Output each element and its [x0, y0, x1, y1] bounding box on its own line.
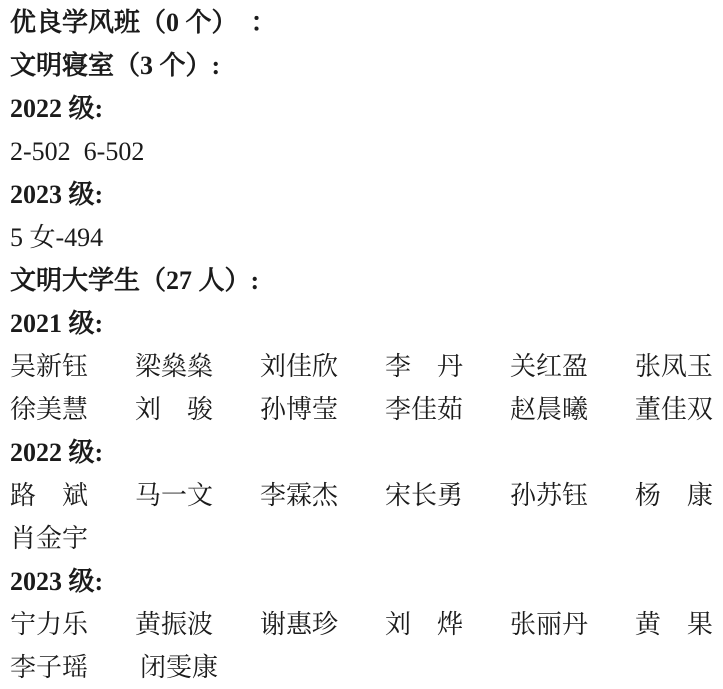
student-name: 徐美慧 — [10, 388, 88, 431]
heading-civilized-students: 文明大学生（27 人）: — [10, 259, 713, 302]
student-name: 李佳茹 — [385, 388, 463, 431]
name-row: 宁力乐 黄振波 谢惠珍 刘 烨 张丽丹 黄 果 — [10, 603, 713, 646]
name-row: 吴新钰 梁燊燊 刘佳欣 李 丹 关红盈 张凤玉 — [10, 345, 713, 388]
name-row: 徐美慧 刘 骏 孙博莹 李佳茹 赵晨曦 董佳双 — [10, 388, 713, 431]
heading-grade-2022-dorms: 2022 级: — [10, 87, 713, 130]
student-name: 宁力乐 — [10, 603, 88, 646]
name-row-continuation: 肖金宇 — [10, 517, 713, 560]
student-name: 梁燊燊 — [135, 345, 213, 388]
student-name: 吴新钰 — [10, 345, 88, 388]
student-name: 刘佳欣 — [260, 345, 338, 388]
heading-civilized-dorms: 文明寝室（3 个）: — [10, 44, 713, 87]
student-name: 黄 果 — [635, 603, 713, 646]
student-name: 马一文 — [135, 474, 213, 517]
student-name: 董佳双 — [635, 388, 713, 431]
heading-grade-2023-students: 2023 级: — [10, 560, 713, 603]
dorm-numbers-2023: 5 女-494 — [10, 216, 713, 259]
student-name: 孙博莹 — [260, 388, 338, 431]
dorm-numbers-2022: 2-502 6-502 — [10, 130, 713, 173]
name-row: 路 斌 马一文 李霖杰 宋长勇 孙苏钰 杨 康 — [10, 474, 713, 517]
student-name: 黄振波 — [135, 603, 213, 646]
student-name: 刘 烨 — [385, 603, 463, 646]
student-name: 孙苏钰 — [510, 474, 588, 517]
student-name: 张凤玉 — [635, 345, 713, 388]
heading-grade-2022-students: 2022 级: — [10, 431, 713, 474]
heading-grade-2023-dorms: 2023 级: — [10, 173, 713, 216]
student-name: 李 丹 — [385, 345, 463, 388]
heading-excellent-study-class: 优良学风班（0 个） ： — [10, 1, 713, 44]
student-name: 宋长勇 — [385, 474, 463, 517]
student-name: 刘 骏 — [135, 388, 213, 431]
document-page: 优良学风班（0 个） ： 文明寝室（3 个）: 2022 级: 2-502 6-… — [0, 0, 723, 689]
heading-grade-2021-students: 2021 级: — [10, 302, 713, 345]
student-name: 杨 康 — [635, 474, 713, 517]
student-name: 路 斌 — [10, 474, 88, 517]
student-name: 李霖杰 — [260, 474, 338, 517]
student-name: 赵晨曦 — [510, 388, 588, 431]
student-name: 关红盈 — [510, 345, 588, 388]
student-name: 谢惠珍 — [260, 603, 338, 646]
name-row-continuation: 李子瑶 闭雯康 — [10, 646, 713, 689]
student-name: 张丽丹 — [510, 603, 588, 646]
